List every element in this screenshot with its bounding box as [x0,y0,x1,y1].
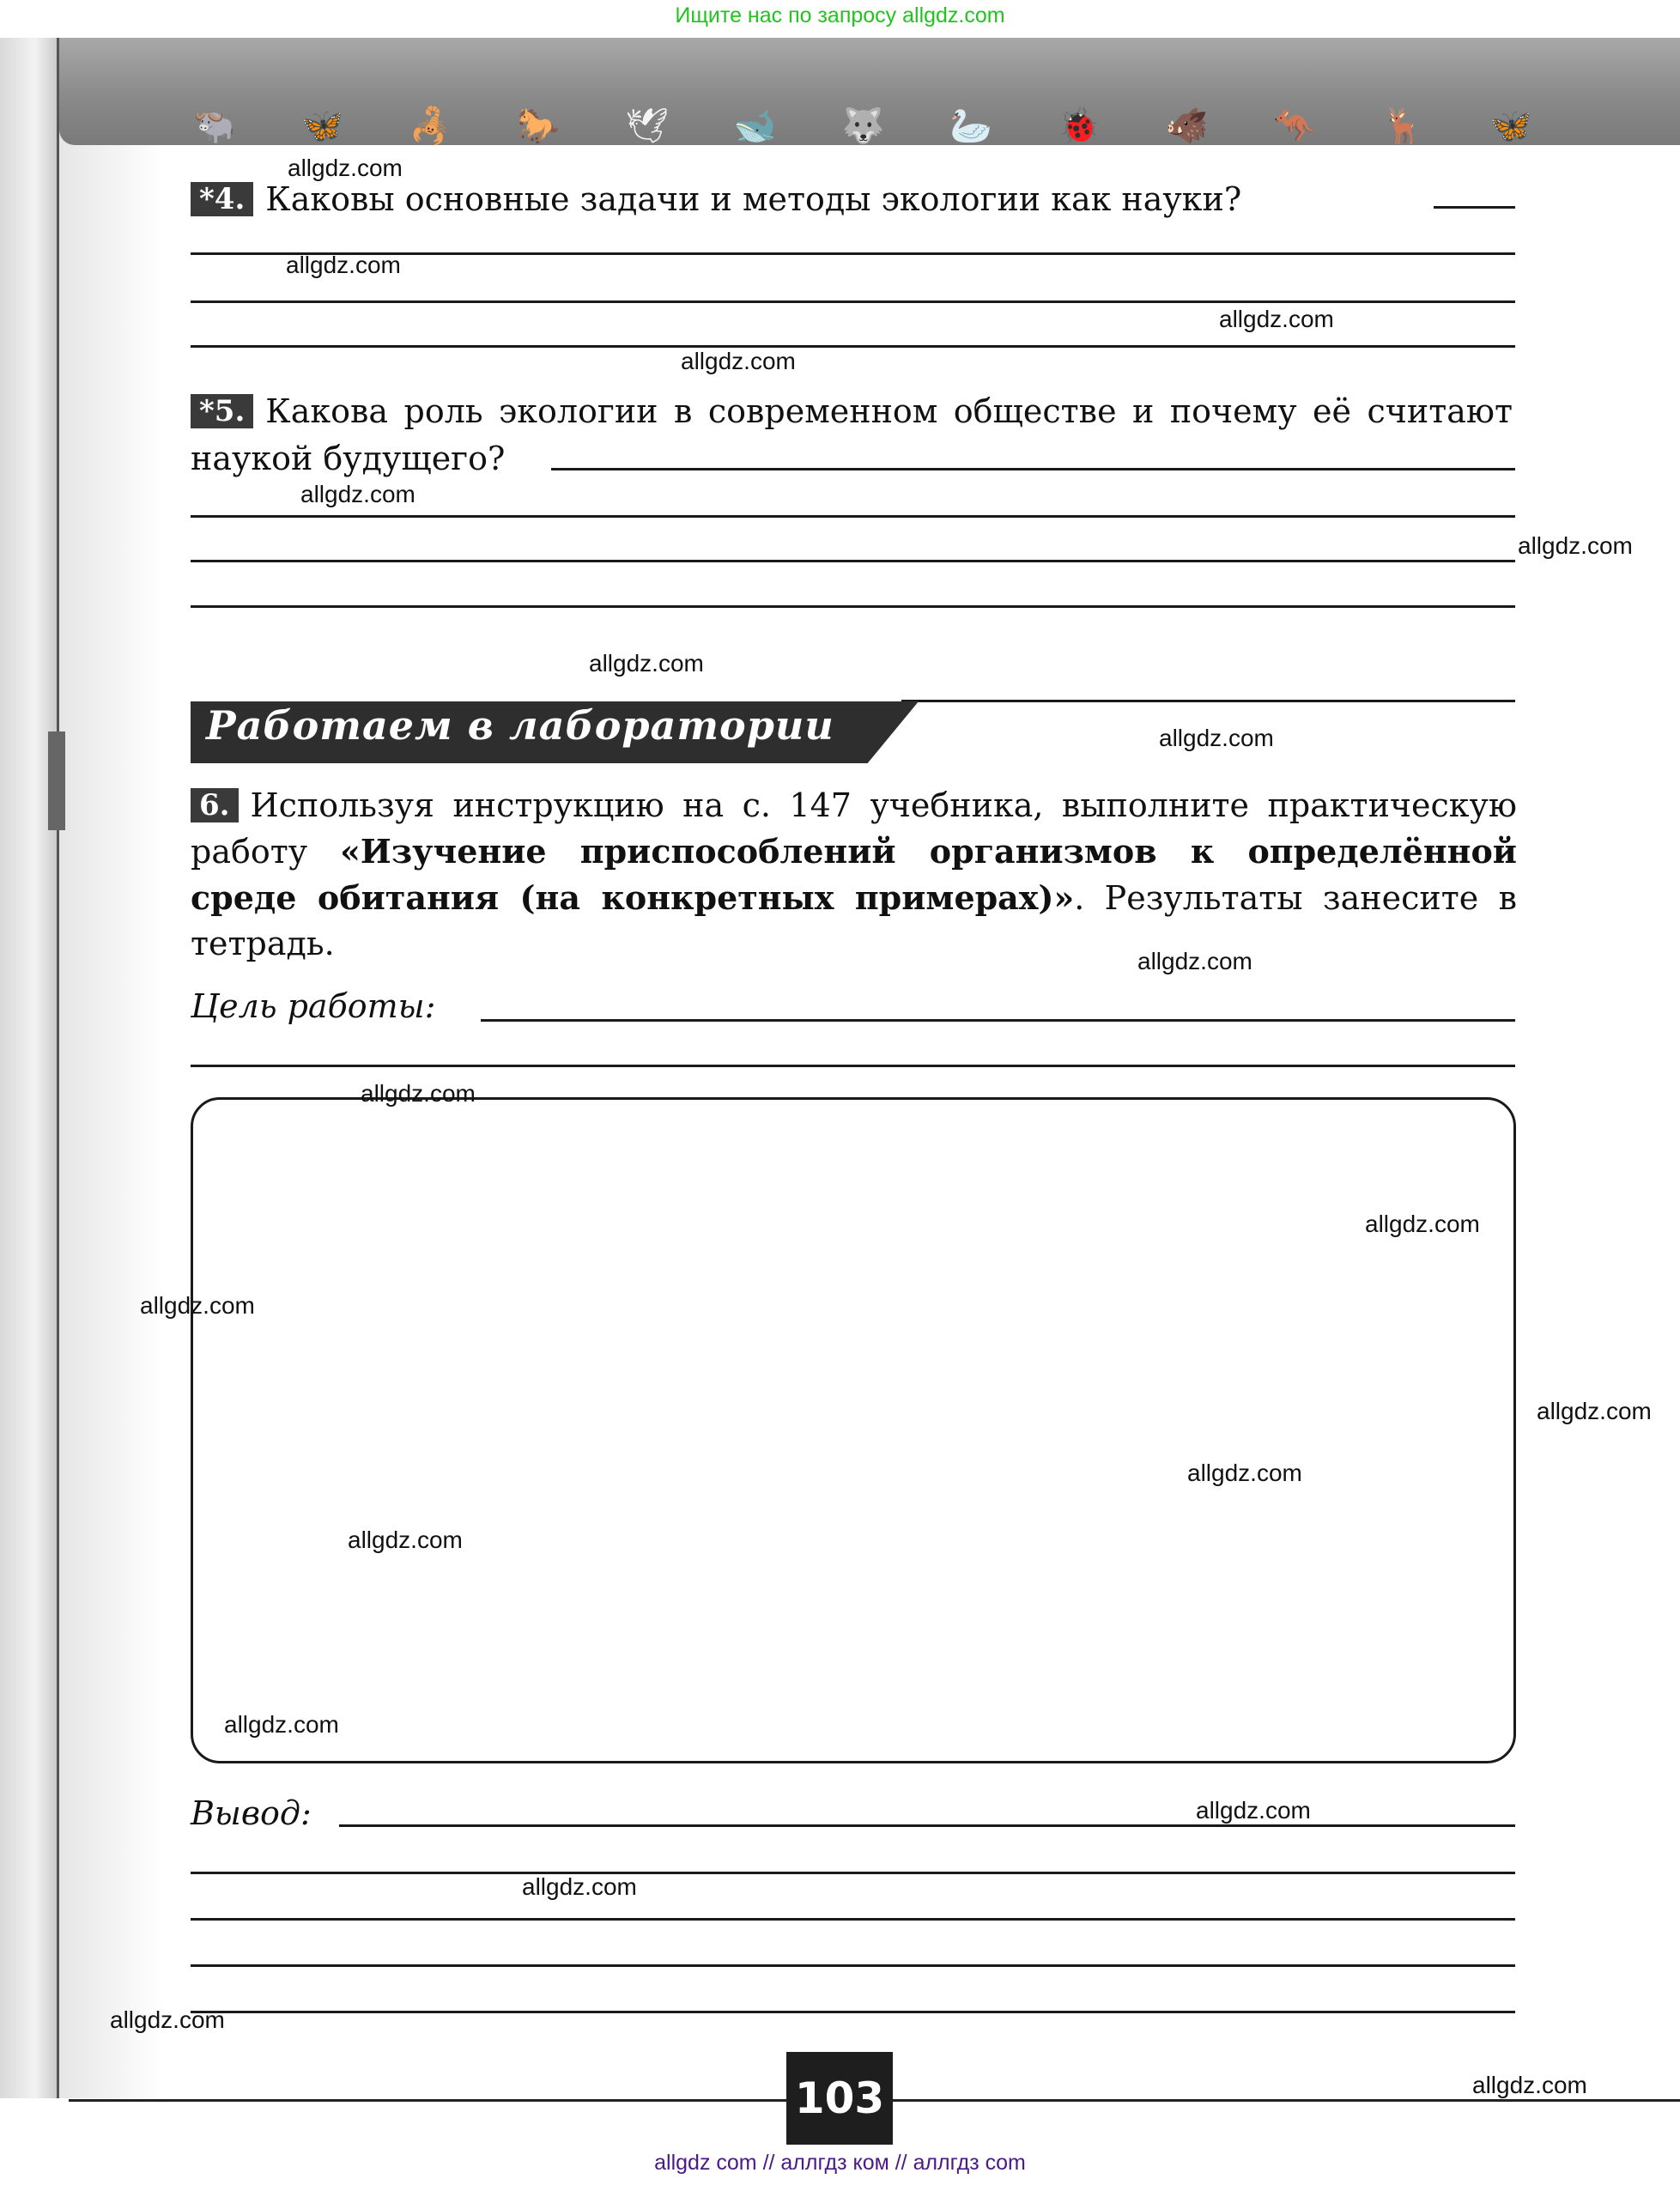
question-4: *4.Каковы основные задачи и методы эколо… [191,176,1513,223]
conclusion-label: Вывод: [191,1794,312,1832]
bookmark-tab [48,731,65,830]
watermark: allgdz.com [288,155,403,182]
moth-icon: 🦋 [1489,106,1532,146]
top-search-banner[interactable]: Ищите нас по запросу allgdz.com [0,3,1680,28]
watermark: allgdz.com [1159,725,1274,752]
animal-silhouettes: 🐃 🦋 🦂 🐎 🕊 🐋 🐺 🦢 🐞 🐗 🦘 🦌 🦋 [193,101,1532,146]
watermark: allgdz.com [1537,1398,1652,1425]
spine-shade [59,38,162,2098]
results-box[interactable] [191,1097,1516,1763]
task-number-badge: 6. [191,788,239,822]
question-number-badge: *4. [191,182,253,216]
goal-label: Цель работы: [191,987,435,1025]
watermark: allgdz.com [110,2006,225,2034]
watermark: allgdz.com [361,1080,476,1108]
butterfly-icon: 🦋 [301,106,344,146]
antelope-icon: 🦌 [1381,106,1424,146]
scorpion-icon: 🦂 [409,106,452,146]
whale-icon: 🐋 [734,106,777,146]
watermark: allgdz.com [224,1711,339,1739]
bird-icon: 🕊 [625,106,669,146]
answer-line[interactable] [191,345,1515,348]
wolf-icon: 🐺 [842,106,885,146]
watermark: allgdz.com [589,650,704,677]
answer-line[interactable] [191,300,1515,303]
conclusion-answer-line[interactable] [339,1824,1515,1827]
watermark: allgdz.com [522,1873,637,1901]
question-number-badge: *5. [191,394,253,428]
watermark: allgdz.com [300,481,415,508]
heron-icon: 🦢 [949,106,992,146]
section-rule [901,700,1515,702]
lab-section-title: Работаем в лаборатории [206,702,834,749]
answer-line[interactable] [551,468,1515,470]
boar-icon: 🐗 [1166,106,1209,146]
conclusion-answer-line[interactable] [191,2011,1515,2013]
answer-line[interactable] [191,560,1515,562]
conclusion-answer-line[interactable] [191,1964,1515,1967]
watermark: allgdz.com [348,1526,463,1554]
watermark: allgdz.com [286,252,401,279]
conclusion-answer-line[interactable] [191,1918,1515,1921]
bison-icon: 🐃 [193,106,236,146]
kangaroo-icon: 🦘 [1274,106,1317,146]
page-spine [57,38,59,2098]
watermark: allgdz.com [140,1292,255,1320]
goal-answer-line[interactable] [481,1019,1515,1022]
horse-icon: 🐎 [517,106,560,146]
watermark: allgdz.com [681,348,796,375]
insect-icon: 🐞 [1058,106,1101,146]
watermark: allgdz.com [1137,948,1252,975]
watermark: allgdz.com [1196,1797,1311,1824]
goal-answer-line[interactable] [191,1065,1515,1067]
answer-line[interactable] [191,515,1515,518]
question-text: Каковы основные задачи и методы экологии… [265,180,1241,218]
watermark: allgdz.com [1219,306,1334,333]
watermark: allgdz.com [1187,1460,1302,1487]
watermark: allgdz.com [1518,532,1633,560]
answer-line[interactable] [1434,206,1515,209]
bottom-link-banner[interactable]: allgdz com // аллгдз ком // аллгдз com [0,2151,1680,2176]
watermark: allgdz.com [1472,2072,1587,2099]
task-6: 6.Используя инструкцию на с. 147 учебник… [191,783,1517,967]
question-text: Какова роль экологии в современном общес… [191,392,1513,477]
conclusion-answer-line[interactable] [191,1872,1515,1874]
page-number: 103 [786,2052,893,2145]
page-left-edge [0,38,58,2098]
watermark: allgdz.com [1365,1211,1480,1238]
answer-line[interactable] [191,605,1515,608]
